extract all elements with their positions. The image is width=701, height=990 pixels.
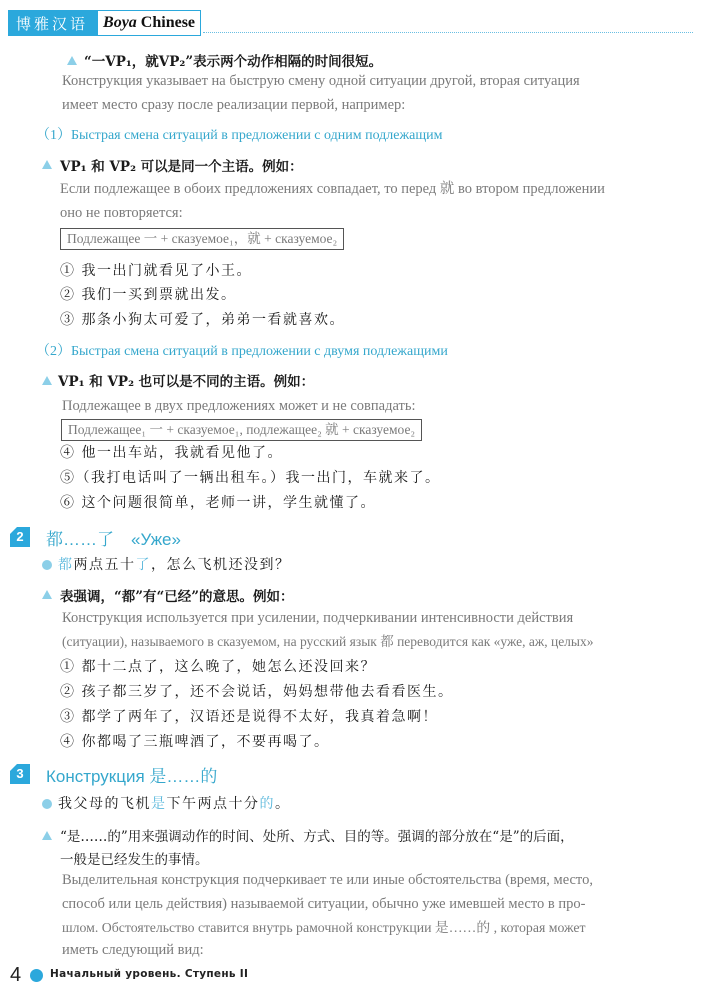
rule-russian-line: Если подлежащее в обоих предложениях сов… xyxy=(60,177,605,201)
example-sentence: ④ 他一出车站，我就看见他了。 xyxy=(60,442,283,462)
key-example-sentence: 我父母的飞机是下午两点十分的。 xyxy=(58,793,291,813)
example-sentence: ① 都十二点了，这么晚了，她怎么还没回来？ xyxy=(60,656,376,676)
subsection-heading: （1）Быстрая смена ситуаций в предложении … xyxy=(36,124,443,144)
section-number-badge: 3 xyxy=(10,764,30,784)
section-title: 都……了 «Уже» xyxy=(46,525,181,550)
triangle-bullet-icon xyxy=(42,831,52,840)
page-number: 4 xyxy=(10,964,21,987)
rule-russian-line: шлом. Обстоятельство ставится внутрь рам… xyxy=(62,916,586,940)
footer-level-label: Начальный уровень. Ступень II xyxy=(50,968,248,980)
section-title: Конструкция 是……的 xyxy=(46,762,217,787)
key-example-sentence: 都两点五十了，怎么飞机还没到？ xyxy=(58,554,291,574)
rule-russian-line: имеет место сразу после реализации перво… xyxy=(62,93,405,117)
example-sentence: ② 孩子都三岁了，还不会说话，妈妈想带他去看看医生。 xyxy=(60,681,453,701)
rule-russian-line: иметь следующий вид: xyxy=(62,938,204,962)
section-number-badge: 2 xyxy=(10,527,30,547)
rule-chinese: 表强调，“都”有“已经”的意思。例如： xyxy=(60,585,294,605)
rule-russian-line: Конструкция используется при усилении, п… xyxy=(62,606,573,630)
rule-russian-line: оно не повторяется: xyxy=(60,201,183,225)
rule-chinese: “一VP₁，就VP₂”表示两个动作相隔的时间很短。 xyxy=(84,50,382,70)
book-header: 博雅汉语 Boya Chinese xyxy=(8,10,201,36)
rule-chinese: 一般是已经发生的事情。 xyxy=(60,848,209,868)
rule-russian-line: (ситуации), называемого в сказуемом, на … xyxy=(62,630,594,654)
formula-box: Подлежащее 一 + сказуемое₁，就 + сказуемое₂ xyxy=(60,228,344,250)
rule-chinese: “是……的”用来强调动作的时间、处所、方式、目的等。强调的部分放在“是”的后面， xyxy=(60,825,574,845)
circle-bullet-icon xyxy=(42,799,52,809)
rule-russian-line: Подлежащее в двух предложениях может и н… xyxy=(62,394,416,418)
circle-bullet-icon xyxy=(42,560,52,570)
example-sentence: ⑥ 这个问题很简单，老师一讲，学生就懂了。 xyxy=(60,492,376,512)
rule-russian-line: способ или цель действия) называемой сит… xyxy=(62,892,585,916)
rule-chinese: VP₁ 和 VP₂ 可以是同一个主语。例如： xyxy=(60,155,303,175)
example-sentence: ① 我一出门就看见了小王。 xyxy=(60,260,252,280)
rule-chinese: VP₁ 和 VP₂ 也可以是不同的主语。例如： xyxy=(58,370,314,390)
triangle-bullet-icon xyxy=(42,160,52,169)
example-sentence: ② 我们一买到票就出发。 xyxy=(60,284,236,304)
example-sentence: ④ 你都喝了三瓶啤酒了，不要再喝了。 xyxy=(60,731,329,751)
triangle-bullet-icon xyxy=(67,56,77,65)
subsection-heading: （2）Быстрая смена ситуаций в предложении … xyxy=(36,340,448,360)
triangle-bullet-icon xyxy=(42,376,52,385)
rule-russian-line: Конструкция указывает на быструю смену о… xyxy=(62,69,580,93)
brand-chinese-title: 博雅汉语 xyxy=(8,10,98,36)
brand-english-title: Boya Chinese xyxy=(98,10,201,36)
example-sentence: ③ 都学了两年了，汉语还是说得不太好，我真着急啊！ xyxy=(60,706,438,726)
example-sentence: ③ 那条小狗太可爱了，弟弟一看就喜欢。 xyxy=(60,309,345,329)
triangle-bullet-icon xyxy=(42,590,52,599)
formula-box: Подлежащее₁ 一 + сказуемое₁, подлежащее₂ … xyxy=(61,419,422,441)
example-sentence: ⑤（我打电话叫了一辆出租车。）我一出门，车就来了。 xyxy=(60,467,441,487)
rule-russian-line: Выделительная конструкция подчеркивает т… xyxy=(62,868,593,892)
footer-dot-icon xyxy=(30,969,43,982)
header-dotted-rule xyxy=(203,32,693,33)
